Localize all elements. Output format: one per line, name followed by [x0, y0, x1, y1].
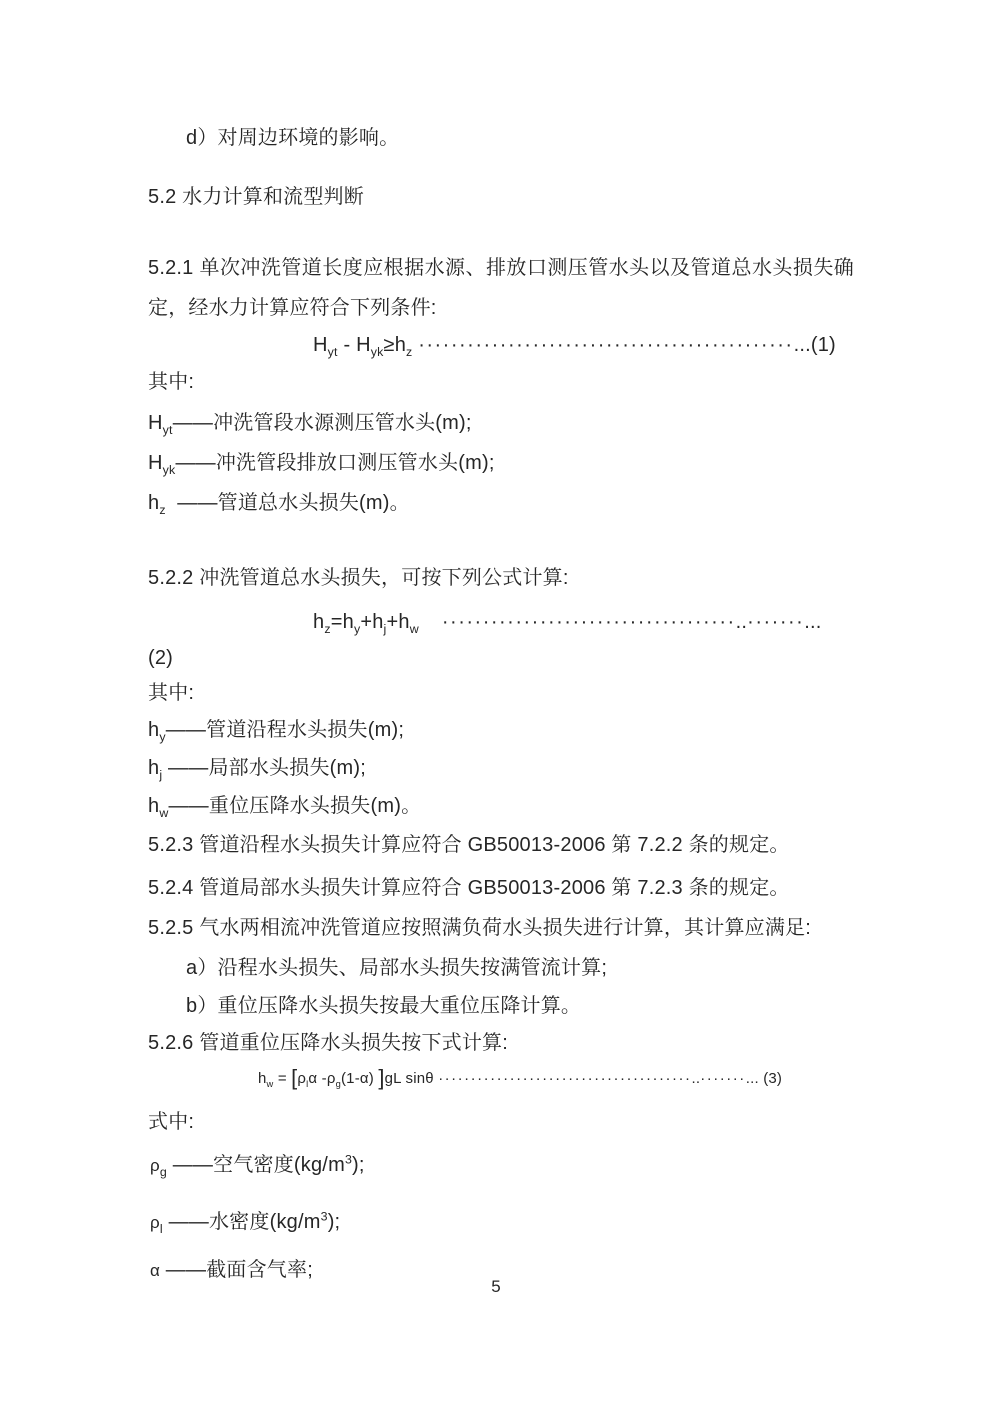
- clause-5-2-3: 5.2.3 管道沿程水头损失计算应符合 GB50013-2006 第 7.2.2…: [148, 825, 790, 865]
- list-item-d: d）对周边环境的影响。: [186, 118, 399, 158]
- definition-rho-l: ρl ——水密度(kg/m3);: [150, 1202, 340, 1243]
- definition-hz: hz ——管道总水头损失(m)。: [148, 483, 410, 523]
- definition-rho-g: ρg ——空气密度(kg/m3);: [150, 1145, 365, 1186]
- among-label-1: 其中:: [148, 362, 194, 402]
- clause-5-2-1: 5.2.1 单次冲洗管道长度应根据水源、排放口测压管水头以及管道总水头损失确定，…: [148, 248, 854, 328]
- section-heading-5-2: 5.2 水力计算和流型判断: [148, 177, 364, 217]
- definition-hw: hw——重位压降水头损失(m)。: [148, 786, 421, 826]
- clause-5-2-4: 5.2.4 管道局部水头损失计算应符合 GB50013-2006 第 7.2.3…: [148, 868, 790, 908]
- definition-hj: hj ——局部水头损失(m);: [148, 748, 366, 788]
- list-item-b: b）重位压降水头损失按最大重位压降计算。: [186, 986, 581, 1026]
- among-label-2: 其中:: [148, 673, 194, 713]
- where-label: 式中:: [148, 1102, 194, 1142]
- clause-5-2-6: 5.2.6 管道重位压降水头损失按下式计算:: [148, 1023, 508, 1063]
- document-page: d）对周边环境的影响。 5.2 水力计算和流型判断 5.2.1 单次冲洗管道长度…: [0, 0, 992, 1403]
- clause-5-2-2: 5.2.2 冲洗管道总水头损失，可按下列公式计算:: [148, 558, 569, 598]
- page-number: 5: [0, 1275, 992, 1299]
- formula-2: hz=hy+hj+hw ····························…: [313, 602, 822, 642]
- list-item-a: a）沿程水头损失、局部水头损失按满管流计算;: [186, 948, 607, 988]
- clause-5-2-5: 5.2.5 气水两相流冲洗管道应按照满负荷水头损失进行计算，其计算应满足:: [148, 908, 811, 948]
- definition-hy: hy——管道沿程水头损失(m);: [148, 710, 404, 750]
- formula-2-number: (2): [148, 638, 173, 678]
- definition-hyk: Hyk——冲洗管段排放口测压管水头(m);: [148, 443, 495, 483]
- definition-hyt: Hyt——冲洗管段水源测压管水头(m);: [148, 403, 472, 443]
- formula-1: Hyt - Hyk≥hz ···························…: [313, 325, 836, 365]
- formula-3: hw = [ρlα -ρg(1-α) ]gL sinθ ············…: [258, 1058, 782, 1099]
